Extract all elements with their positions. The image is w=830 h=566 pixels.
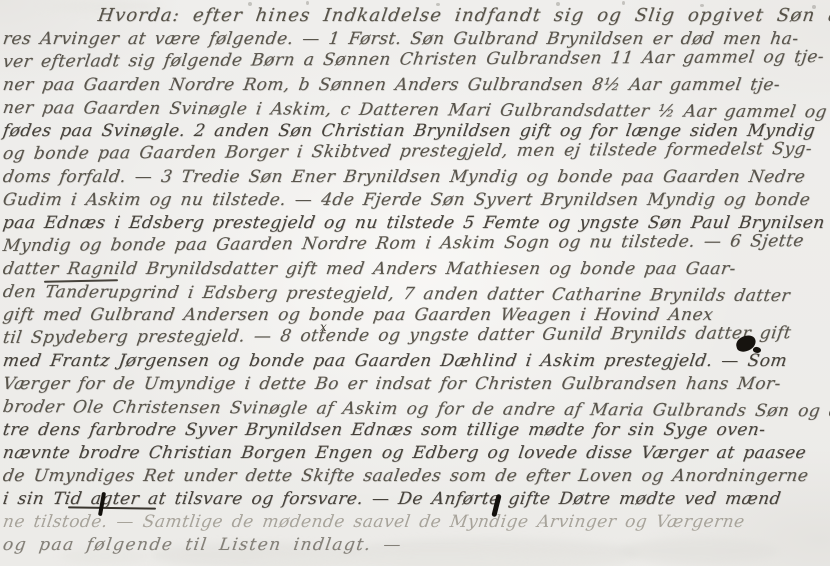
manuscript-line: Hvorda: efter hines Indkaldelse indfandt…	[97, 6, 830, 26]
manuscript-line: gift med Gulbrand Andersen og bonde paa …	[2, 305, 715, 325]
manuscript-line: broder Ole Christensen Svinøgle af Askim…	[2, 397, 830, 422]
manuscript-line: nævnte brodre Christian Borgen Engen og …	[2, 443, 808, 463]
underline-stroke-tilsvare	[68, 506, 156, 509]
manuscript-line: paa Ednæs i Edsberg prestegjeld og nu ti…	[2, 213, 827, 233]
manuscript-line: de Umyndiges Ret under dette Skifte saal…	[2, 466, 810, 486]
manuscript-line: ne tilstode. — Samtlige de mødende saave…	[2, 512, 746, 532]
manuscript-line: ner paa Gaarden Nordre Rom, b Sønnen And…	[2, 75, 782, 95]
manuscript-line: datter Ragnild Brynildsdatter gift med A…	[2, 259, 738, 279]
manuscript-page: Hvorda: efter hines Indkaldelse indfandt…	[0, 0, 830, 566]
manuscript-line: Værger for de Umyndige i dette Bo er ind…	[2, 374, 783, 394]
manuscript-line: res Arvinger at være følgende. — 1 Først…	[2, 29, 800, 49]
manuscript-line: til Spydeberg prestegjeld. — 8 ottende o…	[2, 323, 793, 348]
manuscript-line: og bonde paa Gaarden Borger i Skibtved p…	[2, 139, 814, 164]
manuscript-line: den Tanderupgrind i Edsberg prestegjeld,…	[2, 282, 792, 306]
manuscript-line: fødes paa Svinøgle. 2 anden Søn Christia…	[2, 121, 817, 141]
manuscript-line: med Frantz Jørgensen og bonde paa Gaarde…	[2, 351, 789, 371]
manuscript-line: tre dens farbrodre Syver Brynildsen Ednæ…	[2, 420, 767, 440]
manuscript-line: Gudim i Askim og nu tilstede. — 4de Fjer…	[2, 190, 812, 210]
manuscript-line: i sin Tid agter at tilsvare og forsvare.…	[2, 489, 783, 509]
manuscript-line: og paa følgende til Listen indlagt. —	[2, 535, 404, 555]
manuscript-line: ner paa Gaarden Svinøgle i Askim, c Datt…	[2, 98, 830, 123]
manuscript-line: ver efterladt sig følgende Børn a Sønnen…	[2, 47, 826, 72]
manuscript-line: doms forfald. — 3 Tredie Søn Ener Brynil…	[2, 167, 807, 187]
manuscript-line: Myndig og bonde paa Gaarden Nordre Rom i…	[2, 231, 806, 256]
insertion-caret-mark: x	[320, 320, 327, 334]
paper-smudge	[620, 538, 780, 564]
